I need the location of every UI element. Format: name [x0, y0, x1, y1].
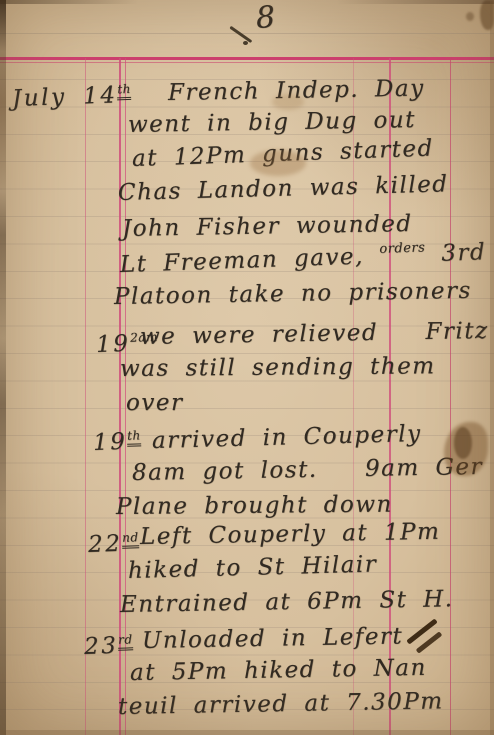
- entry-date-suffix: th: [127, 428, 141, 446]
- entry-date: July 14th: [11, 76, 131, 112]
- entry-date-suffix: rd: [118, 632, 133, 650]
- entry-line: Unloaded in Lefert: [142, 623, 404, 654]
- entry-date-text: 19: [93, 429, 128, 456]
- entry-line: John Fisher wounded: [122, 211, 413, 242]
- entry-date-text: July 14: [12, 82, 118, 112]
- entry-date-suffix: nd: [122, 530, 139, 549]
- corner-stain-dot: [466, 12, 474, 21]
- stray-pen-dot: [243, 41, 248, 45]
- corner-stain: [480, 0, 494, 30]
- entry-date-text: 22: [88, 531, 123, 558]
- entry-line: Plane brought down: [116, 492, 393, 520]
- entry-date-text: 23: [84, 633, 119, 660]
- entry-line: Left Couperly at 1Pm: [140, 519, 441, 550]
- faint-header-rule: [0, 33, 494, 34]
- inserted-word: orders: [379, 240, 425, 257]
- entry-date: 19th: [92, 422, 141, 456]
- entry-date-text: 19: [96, 331, 131, 358]
- entry-line-text: 3rd: [441, 239, 487, 267]
- header-rule-pink: [0, 57, 494, 60]
- entry-date: 22nd: [87, 524, 139, 558]
- entry-line: was still sending them: [120, 353, 436, 382]
- page-number: 8: [255, 5, 277, 32]
- entry-date: 23rd: [83, 626, 133, 660]
- diary-page: 8 July 14th French Indep. Day went in bi…: [0, 0, 494, 735]
- stray-pen-mark: [230, 26, 253, 43]
- entry-date-suffix: th: [117, 82, 131, 100]
- entry-line: at 5Pm hiked to Nan: [130, 655, 427, 686]
- entry-line: French Indep. Day: [168, 76, 425, 106]
- entry-line: over: [126, 390, 183, 416]
- margin-line-vertical: [450, 58, 451, 735]
- entry-line: went in big Dug out: [128, 107, 416, 138]
- page-edge-top: [0, 0, 494, 4]
- header-rule-pink-thin: [0, 62, 494, 63]
